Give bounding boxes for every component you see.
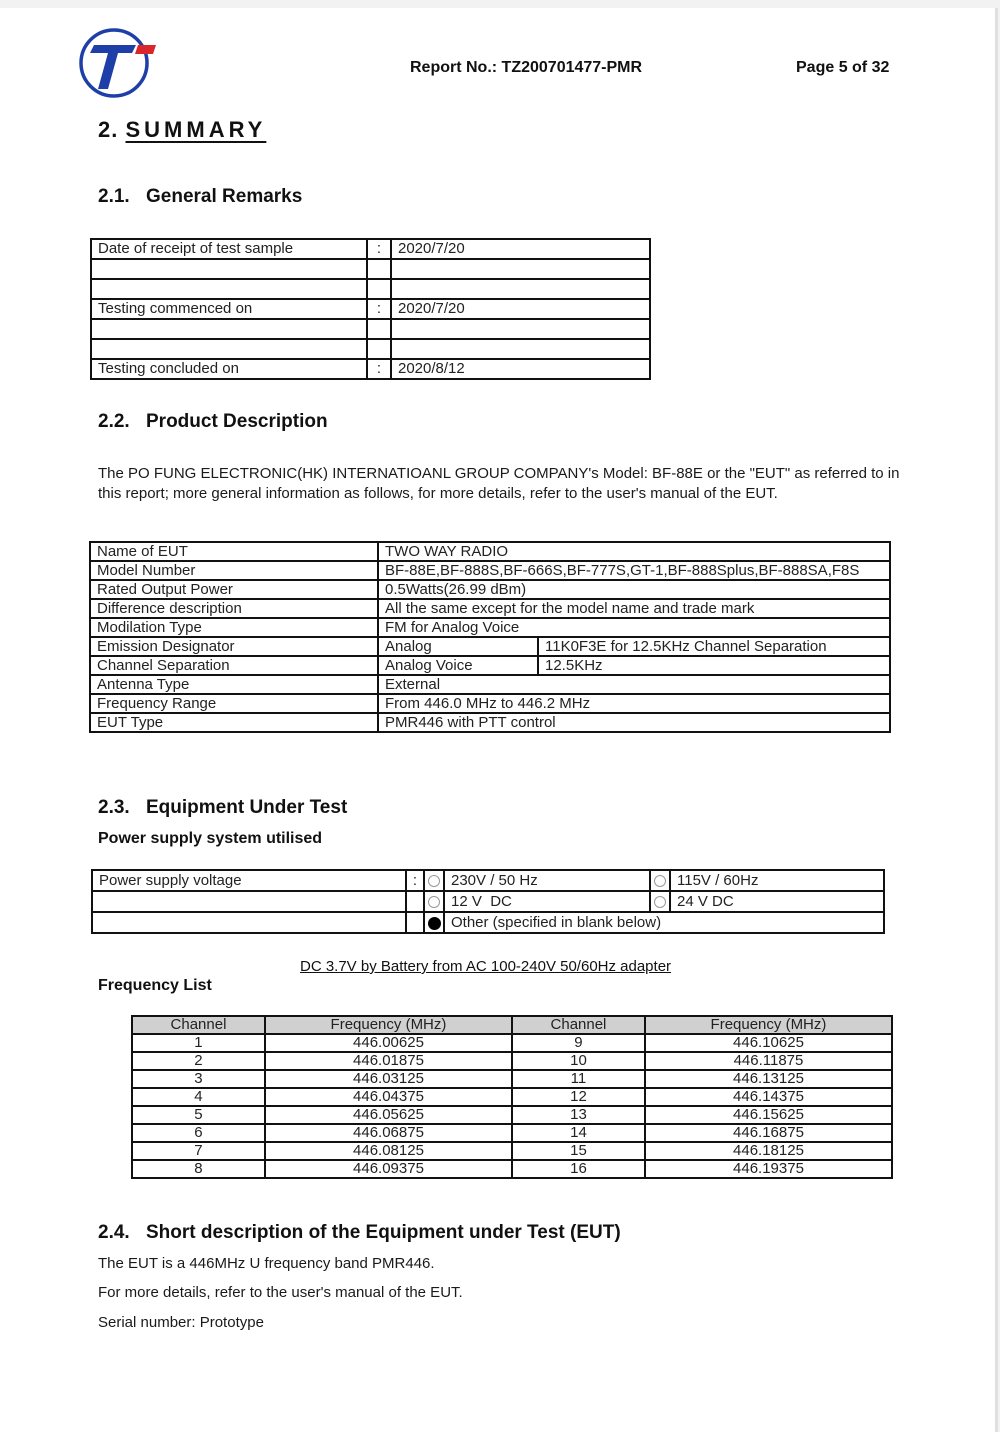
general-remarks-table: Date of receipt of test sample:2020/7/20… (90, 238, 651, 380)
remarks-label: Testing commenced on (91, 299, 367, 319)
product-label: Rated Output Power (90, 580, 378, 599)
channel-cell: 3 (132, 1070, 265, 1088)
section-heading: SUMMARY (125, 117, 266, 142)
product-value: Analog Voice (378, 656, 538, 675)
frequency-cell: 446.18125 (645, 1142, 892, 1160)
channel-cell: 2 (132, 1052, 265, 1070)
product-label: Model Number (90, 561, 378, 580)
option-label: 115V / 60Hz (670, 870, 884, 891)
product-label: Antenna Type (90, 675, 378, 694)
option-label: 230V / 50 Hz (444, 870, 650, 891)
product-value: TWO WAY RADIO (378, 542, 890, 561)
product-description-heading: 2.2.Product Description (98, 411, 328, 433)
frequency-row: 1446.006259446.10625 (132, 1034, 892, 1052)
radio-12v-dc[interactable] (428, 896, 440, 908)
remarks-row (91, 279, 650, 299)
product-value-detail: 12.5KHz (538, 656, 890, 675)
option-label: 12 V DC (444, 891, 650, 912)
product-value: FM for Analog Voice (378, 618, 890, 637)
section-number: 2. (98, 117, 118, 142)
product-value: 0.5Watts(26.99 dBm) (378, 580, 890, 599)
frequency-cell: 446.09375 (265, 1160, 512, 1178)
frequency-cell: 446.16875 (645, 1124, 892, 1142)
document-page: Report No.: TZ200701477-PMR Page 5 of 32… (0, 8, 998, 1432)
remarks-row (91, 339, 650, 359)
remarks-value: 2020/8/12 (391, 359, 650, 379)
remarks-value (391, 279, 650, 299)
column-header: Channel (512, 1016, 645, 1034)
column-header: Frequency (MHz) (645, 1016, 892, 1034)
frequency-cell: 446.05625 (265, 1106, 512, 1124)
column-header: Frequency (MHz) (265, 1016, 512, 1034)
frequency-row: 8446.0937516446.19375 (132, 1160, 892, 1178)
equipment-under-test-heading: 2.3.Equipment Under Test (98, 797, 347, 819)
frequency-list-heading: Frequency List (98, 977, 212, 995)
product-row: Model NumberBF-88E,BF-888S,BF-666S,BF-77… (90, 561, 890, 580)
remarks-row: Testing commenced on:2020/7/20 (91, 299, 650, 319)
channel-cell: 8 (132, 1160, 265, 1178)
separator: : (367, 299, 391, 319)
page-number: Page 5 of 32 (796, 59, 889, 77)
product-value: All the same except for the model name a… (378, 599, 890, 618)
channel-cell: 9 (512, 1034, 645, 1052)
company-logo-icon (74, 23, 158, 99)
frequency-cell: 446.04375 (265, 1088, 512, 1106)
short-description-line: For more details, refer to the user's ma… (98, 1283, 463, 1303)
other-power-supply-value: DC 3.7V by Battery from AC 100-240V 50/6… (300, 958, 671, 975)
channel-cell: 14 (512, 1124, 645, 1142)
remarks-label: Date of receipt of test sample (91, 239, 367, 259)
remarks-row: Date of receipt of test sample:2020/7/20 (91, 239, 650, 259)
section-title: 2. SUMMARY (98, 117, 266, 143)
product-row: Antenna TypeExternal (90, 675, 890, 694)
remarks-value (391, 259, 650, 279)
product-value: From 446.0 MHz to 446.2 MHz (378, 694, 890, 713)
frequency-row: 6446.0687514446.16875 (132, 1124, 892, 1142)
product-row: Emission DesignatorAnalog11K0F3E for 12.… (90, 637, 890, 656)
power-supply-label: Power supply voltage (92, 870, 406, 891)
frequency-cell: 446.06875 (265, 1124, 512, 1142)
product-description-table: Name of EUTTWO WAY RADIOModel NumberBF-8… (89, 541, 891, 733)
channel-cell: 4 (132, 1088, 265, 1106)
frequency-cell: 446.10625 (645, 1034, 892, 1052)
product-row: EUT TypePMR446 with PTT control (90, 713, 890, 732)
product-label: Channel Separation (90, 656, 378, 675)
product-label: EUT Type (90, 713, 378, 732)
frequency-row: 5446.0562513446.15625 (132, 1106, 892, 1124)
channel-cell: 1 (132, 1034, 265, 1052)
separator: : (367, 239, 391, 259)
channel-cell: 13 (512, 1106, 645, 1124)
column-header: Channel (132, 1016, 265, 1034)
remarks-row (91, 319, 650, 339)
channel-cell: 5 (132, 1106, 265, 1124)
product-label: Name of EUT (90, 542, 378, 561)
frequency-cell: 446.08125 (265, 1142, 512, 1160)
option-label: Other (specified in blank below) (444, 912, 884, 933)
serial-number: Serial number: Prototype (98, 1313, 264, 1333)
remarks-label (91, 279, 367, 299)
product-label: Emission Designator (90, 637, 378, 656)
remarks-row: Testing concluded on:2020/8/12 (91, 359, 650, 379)
product-value: External (378, 675, 890, 694)
frequency-cell: 446.01875 (265, 1052, 512, 1070)
channel-cell: 10 (512, 1052, 645, 1070)
product-description-paragraph: The PO FUNG ELECTRONIC(HK) INTERNATIOANL… (98, 464, 923, 504)
remarks-row (91, 259, 650, 279)
remarks-label (91, 339, 367, 359)
product-row: Rated Output Power0.5Watts(26.99 dBm) (90, 580, 890, 599)
frequency-cell: 446.11875 (645, 1052, 892, 1070)
short-description-heading: 2.4.Short description of the Equipment u… (98, 1222, 621, 1244)
product-value: Analog (378, 637, 538, 656)
separator (367, 259, 391, 279)
remarks-label (91, 319, 367, 339)
frequency-row: 2446.0187510446.11875 (132, 1052, 892, 1070)
separator (367, 339, 391, 359)
product-row: Channel SeparationAnalog Voice12.5KHz (90, 656, 890, 675)
frequency-cell: 446.15625 (645, 1106, 892, 1124)
channel-cell: 6 (132, 1124, 265, 1142)
product-value: PMR446 with PTT control (378, 713, 890, 732)
frequency-cell: 446.19375 (645, 1160, 892, 1178)
radio-24v-dc[interactable] (654, 896, 666, 908)
channel-cell: 7 (132, 1142, 265, 1160)
channel-cell: 16 (512, 1160, 645, 1178)
channel-cell: 15 (512, 1142, 645, 1160)
separator: : (367, 359, 391, 379)
frequency-cell: 446.00625 (265, 1034, 512, 1052)
frequency-cell: 446.03125 (265, 1070, 512, 1088)
frequency-row: 3446.0312511446.13125 (132, 1070, 892, 1088)
general-remarks-heading: 2.1.General Remarks (98, 186, 302, 208)
product-value-detail: 11K0F3E for 12.5KHz Channel Separation (538, 637, 890, 656)
power-supply-table: Power supply voltage : 230V / 50 Hz 115V… (91, 869, 885, 934)
remarks-value (391, 319, 650, 339)
frequency-row: 4446.0437512446.14375 (132, 1088, 892, 1106)
channel-cell: 12 (512, 1088, 645, 1106)
report-number: Report No.: TZ200701477-PMR (410, 59, 642, 77)
frequency-cell: 446.13125 (645, 1070, 892, 1088)
radio-other[interactable] (428, 917, 441, 930)
product-row: Modilation TypeFM for Analog Voice (90, 618, 890, 637)
remarks-label: Testing concluded on (91, 359, 367, 379)
product-value: BF-88E,BF-888S,BF-666S,BF-777S,GT-1,BF-8… (378, 561, 890, 580)
power-supply-subheading: Power supply system utilised (98, 830, 322, 848)
radio-230v-50hz[interactable] (428, 875, 440, 887)
frequency-row: 7446.0812515446.18125 (132, 1142, 892, 1160)
product-label: Modilation Type (90, 618, 378, 637)
product-row: Difference descriptionAll the same excep… (90, 599, 890, 618)
radio-115v-60hz[interactable] (654, 875, 666, 887)
option-label: 24 V DC (670, 891, 884, 912)
product-label: Frequency Range (90, 694, 378, 713)
frequency-header-row: ChannelFrequency (MHz)ChannelFrequency (… (132, 1016, 892, 1034)
remarks-value: 2020/7/20 (391, 299, 650, 319)
remarks-label (91, 259, 367, 279)
product-row: Name of EUTTWO WAY RADIO (90, 542, 890, 561)
remarks-value: 2020/7/20 (391, 239, 650, 259)
separator (367, 279, 391, 299)
short-description-line: The EUT is a 446MHz U frequency band PMR… (98, 1254, 435, 1274)
channel-cell: 11 (512, 1070, 645, 1088)
remarks-value (391, 339, 650, 359)
frequency-list-table: ChannelFrequency (MHz)ChannelFrequency (… (131, 1015, 893, 1179)
frequency-cell: 446.14375 (645, 1088, 892, 1106)
separator: : (406, 870, 424, 891)
product-row: Frequency RangeFrom 446.0 MHz to 446.2 M… (90, 694, 890, 713)
product-label: Difference description (90, 599, 378, 618)
separator (367, 319, 391, 339)
